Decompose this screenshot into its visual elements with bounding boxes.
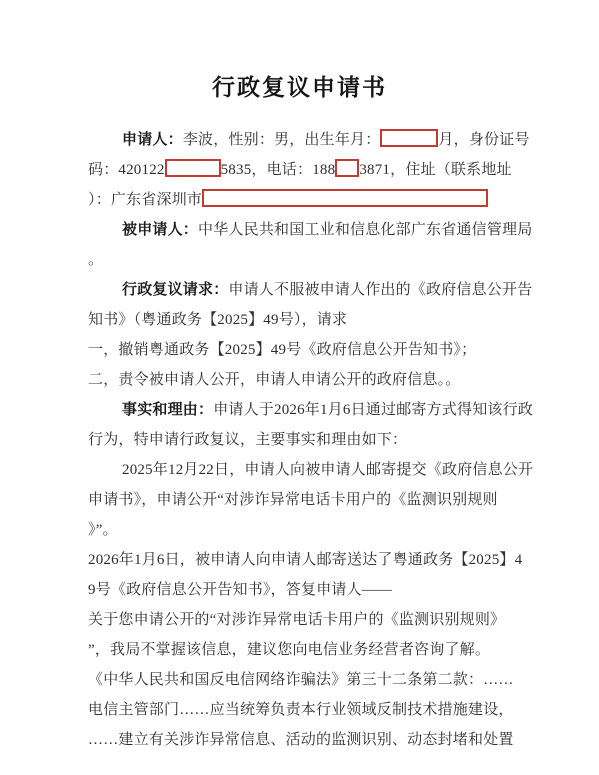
field-label: 被申请人： [122,221,198,238]
field-label: 事实和理由： [122,401,213,418]
doc-line: 电信主管部门……应当统筹负责本行业领域反制技术措施建设， [88,695,518,725]
doc-text: 行为，特申请行政复议，主要事实和理由如下： [88,432,407,448]
doc-line: ……建立有关涉诈异常信息、活动的监测识别、动态封堵和处置 [88,725,518,755]
doc-text: 《中华人民共和国反电信网络诈骗法》第三十二条第二款：…… [88,672,514,688]
redaction-box [165,159,221,177]
document-page: 行政复议申请书 申请人：李波，性别：男，出生年月：月，身份证号码：4201225… [0,0,599,775]
doc-text: ）：广东省深圳市 [88,192,202,208]
doc-line: 9号《政府信息公开告知书》，答复申请人—— [88,575,518,605]
doc-text: 9号《政府信息公开告知书》，答复申请人—— [88,582,392,598]
doc-text: ……建立有关涉诈异常信息、活动的监测识别、动态封堵和处置 [88,732,514,748]
doc-text: 月，身份证号 [438,132,529,148]
doc-line: 被申请人：中华人民共和国工业和信息化部广东省通信管理局 [88,215,518,245]
doc-line: 申请书》，申请公开“对涉诈异常电话卡用户的《监测识别规则 [88,485,518,515]
doc-text: 2026年1月6日，被申请人向申请人邮寄送达了粤通政务【2025】4 [88,552,522,568]
doc-line: 知书》（粤通政务【2025】49号），请求 [88,305,518,335]
doc-line: 码：4201225835，电话：1883871，住址（联系地址 [88,155,518,185]
doc-line: ”，我局不掌握该信息，建议您向电信业务经营者咨询了解。 [88,635,518,665]
doc-text: 电信主管部门……应当统筹负责本行业领域反制技术措施建设， [88,702,514,718]
doc-text: 申请人不服被申请人作出的《政府信息公开告 [228,282,532,298]
field-label: 申请人： [122,131,183,148]
doc-line: 》”。 [88,515,518,545]
doc-line: 二，责令被申请人公开，申请人申请公开的政府信息。。 [88,365,518,395]
doc-text: 2025年12月22日，申请人向被申请人邮寄提交《政府信息公开 [122,462,533,478]
document-title: 行政复议申请书 [0,69,599,102]
doc-text: 李波，性别：男，出生年月： [183,132,381,148]
doc-text: 3871，住址（联系地址 [359,162,511,178]
doc-line: ）：广东省深圳市 [88,185,518,215]
doc-text: 码：420122 [88,162,165,178]
document-body: 申请人：李波，性别：男，出生年月：月，身份证号码：4201225835，电话：1… [88,125,518,755]
doc-text: ”，我局不掌握该信息，建议您向电信业务经营者咨询了解。 [88,642,490,658]
doc-line: 行政复议请求：申请人不服被申请人作出的《政府信息公开告 [88,275,518,305]
redaction-box [202,189,488,207]
doc-text: 一，撤销粤通政务【2025】49号《政府信息公开告知书》； [88,342,476,358]
field-label: 行政复议请求： [122,281,228,298]
doc-text: 5835，电话：188 [221,162,336,178]
doc-line: 关于您申请公开的“对涉诈异常电话卡用户的《监测识别规则》 [88,605,518,635]
doc-line: 行为，特申请行政复议，主要事实和理由如下： [88,425,518,455]
doc-line: 一，撤销粤通政务【2025】49号《政府信息公开告知书》； [88,335,518,365]
doc-text: 。 [88,252,103,268]
doc-line: 2026年1月6日，被申请人向申请人邮寄送达了粤通政务【2025】4 [88,545,518,575]
doc-text: 申请人于2026年1月6日通过邮寄方式得知该行政 [213,402,533,418]
doc-text: 知书》（粤通政务【2025】49号），请求 [88,312,347,328]
doc-line: 事实和理由：申请人于2026年1月6日通过邮寄方式得知该行政 [88,395,518,425]
doc-line: 申请人：李波，性别：男，出生年月：月，身份证号 [88,125,518,155]
doc-text: 申请书》，申请公开“对涉诈异常电话卡用户的《监测识别规则 [88,492,498,508]
doc-text: 中华人民共和国工业和信息化部广东省通信管理局 [198,222,532,238]
redaction-box [335,159,359,177]
doc-line: 2025年12月22日，申请人向被申请人邮寄提交《政府信息公开 [88,455,518,485]
redaction-box [380,129,438,147]
doc-text: 关于您申请公开的“对涉诈异常电话卡用户的《监测识别规则》 [88,612,505,628]
doc-text: 》”。 [88,522,118,538]
doc-line: 《中华人民共和国反电信网络诈骗法》第三十二条第二款：…… [88,665,518,695]
doc-text: 二，责令被申请人公开，申请人申请公开的政府信息。。 [88,372,461,388]
doc-line: 。 [88,245,518,275]
